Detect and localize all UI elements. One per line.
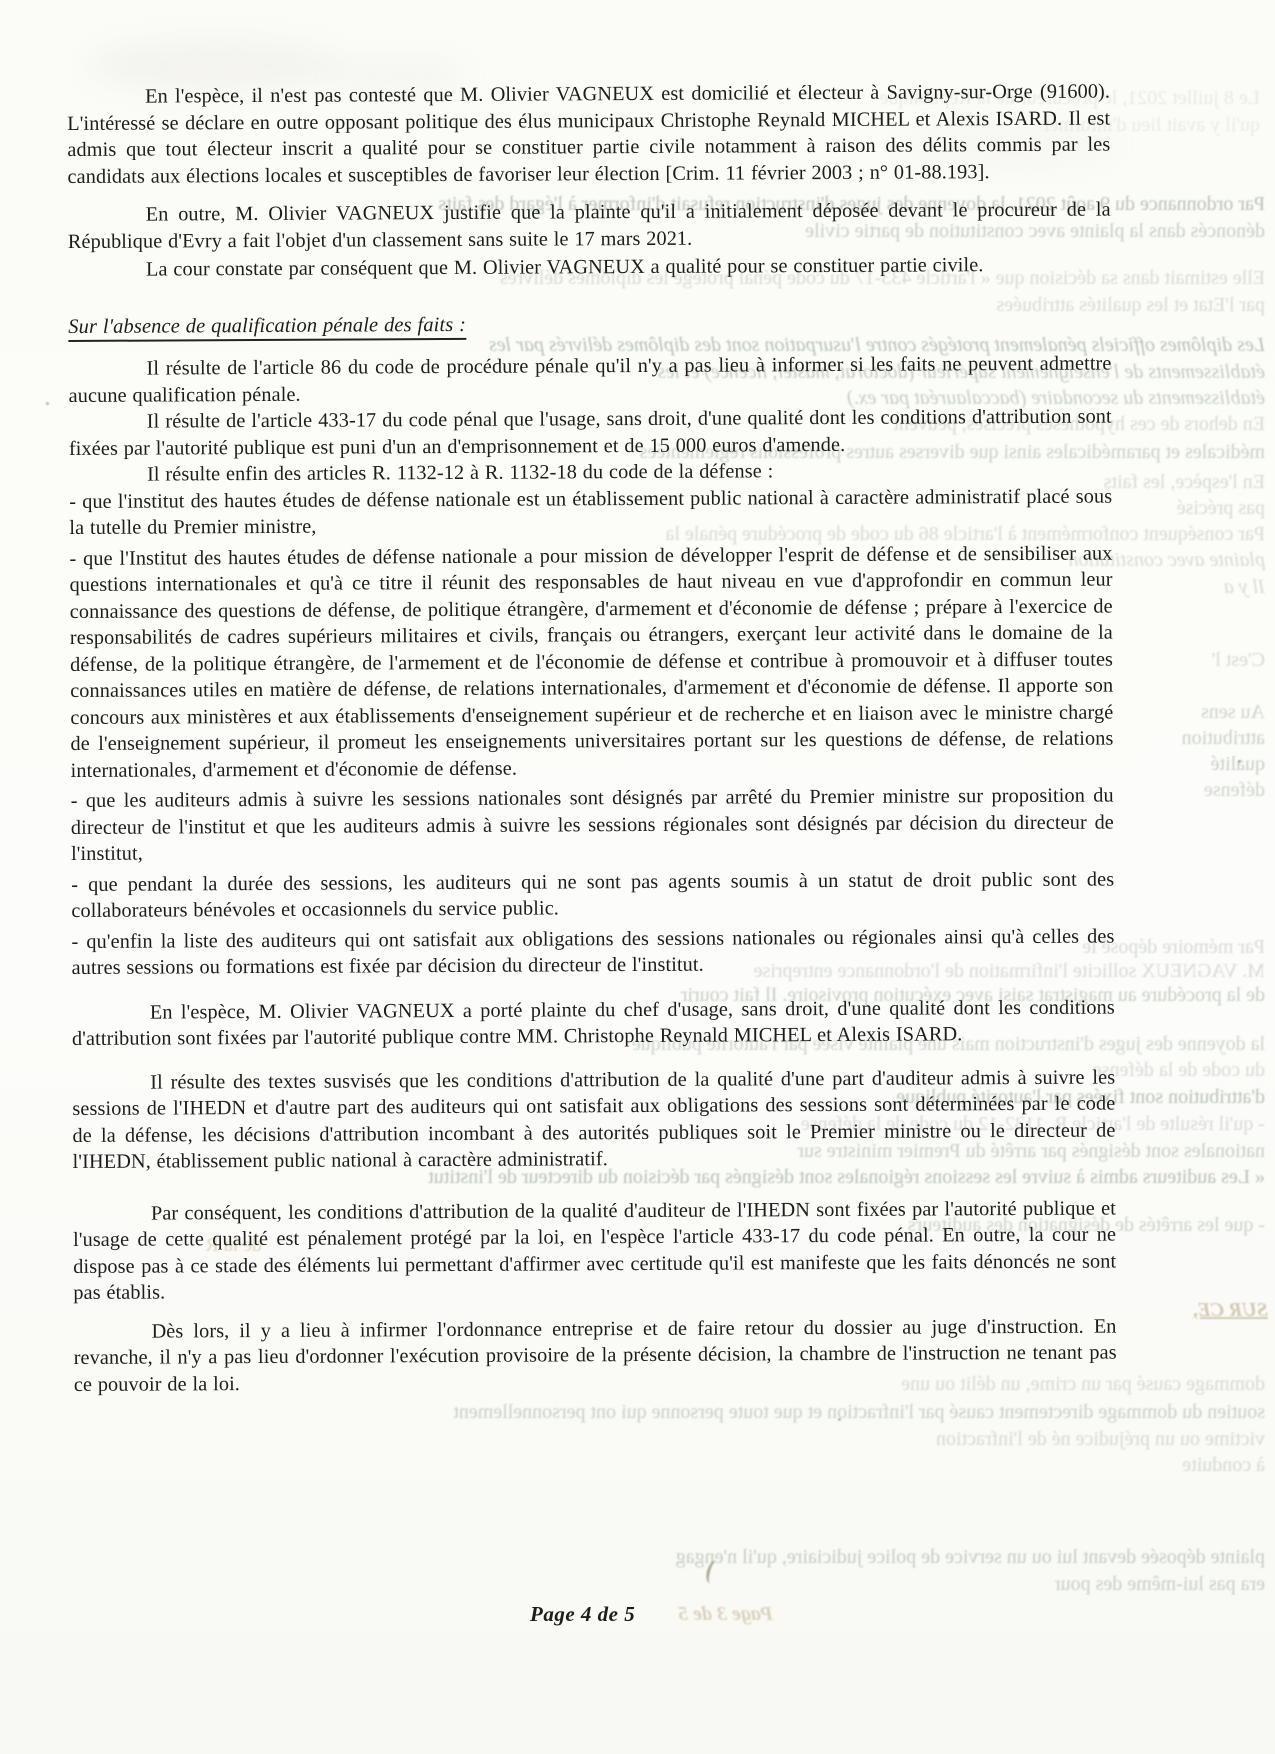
paragraph: Il résulte de l'article 433-17 du code p… (69, 404, 1112, 462)
bleedthrough-text: C'est l' (1095, 648, 1265, 672)
bleedthrough-text: soutien du dommage directement causé par… (130, 1400, 1265, 1424)
paragraph: Par conséquent, les conditions d'attribu… (73, 1195, 1117, 1306)
bleedthrough-text: Il y a (1095, 575, 1265, 599)
list-item: - que pendant la durée des sessions, les… (71, 866, 1114, 924)
bleedthrough-text: à conduite (1095, 1453, 1265, 1477)
ink-speck (838, 1418, 841, 1421)
paragraph: Dès lors, il y a lieu à infirmer l'ordon… (73, 1313, 1116, 1398)
paragraph: Il résulte des textes susvisés que les c… (72, 1064, 1116, 1175)
paragraph: En l'espèce, M. Olivier VAGNEUX a porté … (72, 994, 1115, 1052)
bleedthrough-text: victime ou un préjudice né de l'infracti… (700, 1427, 1265, 1451)
section-heading: Sur l'absence de qualification pénale de… (68, 308, 1111, 340)
list-item: - qu'enfin la liste des auditeurs qui on… (71, 923, 1114, 981)
bleedthrough-text: attribution (1095, 726, 1265, 750)
ink-speck (46, 402, 49, 405)
bleedthrough-text: Page 3 de 5 (648, 1602, 773, 1626)
bleedthrough-text: défense (1095, 778, 1265, 802)
list-item: - que l'Institut des hautes études de dé… (69, 540, 1113, 784)
smudge-mark (704, 1559, 722, 1585)
page-footer: Page 4 de 5 (530, 1602, 635, 1627)
ink-speck (1238, 760, 1241, 763)
paragraph: En outre, M. Olivier VAGNEUX justifie qu… (68, 197, 1111, 255)
paragraph: La cour constate par conséquent que M. O… (68, 252, 1111, 284)
bleedthrough-text: plainte déposée devant lui ou un service… (560, 1545, 1265, 1569)
bleedthrough-text: qualité (1095, 752, 1265, 776)
list-item: - que les auditeurs admis à suivre les s… (71, 783, 1114, 868)
bleedthrough-text: Au sens (1095, 700, 1265, 724)
bleedthrough-text: era pas lui-même des poursuites. (1055, 1572, 1265, 1596)
bleedthrough-text: SUR CE, (1178, 1298, 1268, 1322)
section-heading-text: Sur l'absence de qualification pénale de… (68, 313, 466, 341)
list-item: - que l'institut des hautes études de dé… (69, 483, 1112, 541)
scan-page: Le 8 juillet 2021, le procureur de la Ré… (0, 0, 1275, 1754)
paragraph: En l'espèce, il n'est pas contesté que M… (67, 79, 1111, 190)
document-content: En l'espèce, il n'est pas contesté que M… (67, 79, 1117, 1398)
paragraph: Il résulte de l'article 86 du code de pr… (68, 351, 1111, 409)
